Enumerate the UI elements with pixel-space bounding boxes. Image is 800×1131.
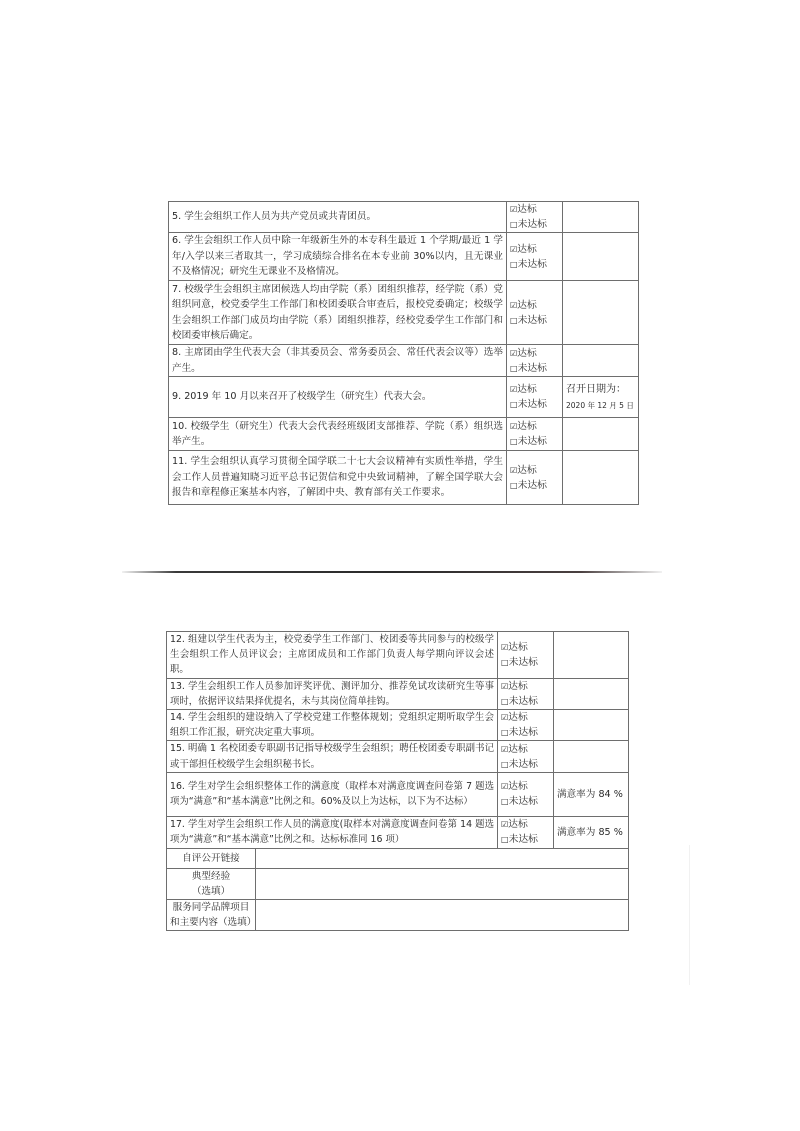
table-row: 16. 学生对学生会组织整体工作的满意度（取样本对满意度调查问卷第 7 题选项为…	[167, 772, 629, 816]
table-row: 6. 学生会组织工作人员中除一年级新生外的本专科生最近 1 个学期/最近 1 学…	[169, 233, 639, 281]
note-cell	[554, 678, 629, 709]
status-option-label: 达标	[508, 642, 528, 653]
status-option-label: 未达标	[518, 436, 547, 447]
unchecked-box-icon[interactable]: □	[510, 220, 518, 229]
status-option-not-met[interactable]: □未达标	[501, 832, 550, 847]
table-row: 9. 2019 年 10 月以来召开了校级学生（研究生）代表大会。☑达标□未达标…	[169, 377, 639, 418]
unchecked-box-icon[interactable]: □	[510, 260, 518, 269]
note-cell	[563, 345, 639, 377]
status-option-label: 未达标	[518, 399, 547, 410]
note-cell: 召开日期为：2020 年 12 月 5 日	[563, 377, 639, 418]
status-option-met[interactable]: ☑达标	[501, 710, 550, 725]
field-brand-project-input[interactable]	[256, 899, 629, 930]
requirement-text: 15. 明确 1 名校团委专职副书记指导校级学生会组织；聘任校团委专职副书记或干…	[167, 741, 498, 772]
field-public-link-label: 自评公开链接	[167, 848, 256, 868]
note-cell	[554, 710, 629, 741]
status-option-met[interactable]: ☑达标	[510, 346, 559, 361]
table-row: 17. 学生对学生会组织工作人员的满意度(取样本对满意度调查问卷第 14 题选项…	[167, 816, 629, 848]
status-cell: ☑达标□未达标	[507, 451, 563, 505]
unchecked-box-icon[interactable]: □	[501, 728, 509, 737]
satisfaction-rate-value: 85 %	[598, 827, 622, 838]
status-option-not-met[interactable]: □未达标	[510, 361, 559, 376]
status-option-label: 未达标	[518, 219, 547, 230]
requirement-text: 5. 学生会组织工作人员为共产党员或共青团员。	[169, 202, 507, 233]
table-row: 13. 学生会组织工作人员参加评奖评优、测评加分、推荐免试攻读研究生等事项时，依…	[167, 678, 629, 709]
satisfaction-rate-label: 满意率为	[557, 827, 598, 838]
status-option-met[interactable]: ☑达标	[501, 640, 550, 655]
evaluation-table-page1: 5. 学生会组织工作人员为共产党员或共青团员。☑达标□未达标6. 学生会组织工作…	[168, 201, 639, 505]
unchecked-box-icon[interactable]: □	[510, 437, 518, 446]
field-typical-experience-input[interactable]	[256, 868, 629, 899]
status-option-label: 达标	[508, 819, 528, 830]
status-option-label: 未达标	[509, 696, 538, 707]
unchecked-box-icon[interactable]: □	[510, 316, 518, 325]
scan-artifact	[689, 845, 690, 985]
table-row: 14. 学生会组织的建设纳入了学校党建工作整体规划；党组织定期听取学生会组织工作…	[167, 710, 629, 741]
status-cell: ☑达标□未达标	[498, 816, 554, 848]
status-option-met[interactable]: ☑达标	[510, 242, 559, 257]
status-option-met[interactable]: ☑达标	[510, 202, 559, 217]
table-row: 7. 校级学生会组织主席团候选人均由学院（系）团组织推荐，经学院（系）党组织同意…	[169, 281, 639, 345]
status-option-label: 达标	[508, 681, 528, 692]
unchecked-box-icon[interactable]: □	[501, 760, 509, 769]
requirement-text: 16. 学生对学生会组织整体工作的满意度（取样本对满意度调查问卷第 7 题选项为…	[167, 772, 498, 816]
evaluation-table-body: 5. 学生会组织工作人员为共产党员或共青团员。☑达标□未达标6. 学生会组织工作…	[169, 202, 639, 505]
status-cell: ☑达标□未达标	[507, 233, 563, 281]
unchecked-box-icon[interactable]: □	[501, 797, 509, 806]
status-option-label: 达标	[517, 384, 537, 395]
status-option-label: 未达标	[518, 259, 547, 270]
status-cell: ☑达标□未达标	[498, 710, 554, 741]
status-option-label: 未达标	[509, 657, 538, 668]
unchecked-box-icon[interactable]: □	[501, 658, 509, 667]
evaluation-table-body: 12. 组建以学生代表为主，校党委学生工作部门、校团委等共同参与的校级学生会组织…	[167, 632, 629, 931]
status-option-not-met[interactable]: □未达标	[501, 794, 550, 809]
status-option-label: 达标	[517, 244, 537, 255]
table-row: 12. 组建以学生代表为主，校党委学生工作部门、校团委等共同参与的校级学生会组织…	[167, 632, 629, 679]
status-option-label: 未达标	[509, 796, 538, 807]
unchecked-box-icon[interactable]: □	[501, 835, 509, 844]
requirement-text: 17. 学生对学生会组织工作人员的满意度(取样本对满意度调查问卷第 14 题选项…	[167, 816, 498, 848]
status-option-met[interactable]: ☑达标	[501, 742, 550, 757]
note-cell	[563, 233, 639, 281]
status-option-label: 达标	[517, 465, 537, 476]
requirement-text: 8. 主席团由学生代表大会（非其委员会、常务委员会、常任代表会议等）选举产生。	[169, 345, 507, 377]
status-option-label: 未达标	[518, 363, 547, 374]
status-option-not-met[interactable]: □未达标	[510, 257, 559, 272]
status-option-label: 达标	[517, 421, 537, 432]
table-row: 5. 学生会组织工作人员为共产党员或共青团员。☑达标□未达标	[169, 202, 639, 233]
table-row: 15. 明确 1 名校团委专职副书记指导校级学生会组织；聘任校团委专职副书记或干…	[167, 741, 629, 772]
requirement-text: 13. 学生会组织工作人员参加评奖评优、测评加分、推荐免试攻读研究生等事项时，依…	[167, 678, 498, 709]
status-option-label: 未达标	[518, 315, 547, 326]
status-option-label: 达标	[508, 781, 528, 792]
status-cell: ☑达标□未达标	[507, 202, 563, 233]
field-typical-experience-row: 典型经验（选填）	[167, 868, 629, 899]
requirement-text: 12. 组建以学生代表为主，校党委学生工作部门、校团委等共同参与的校级学生会组织…	[167, 632, 498, 679]
status-option-label: 达标	[508, 744, 528, 755]
evaluation-table-page2: 12. 组建以学生代表为主，校党委学生工作部门、校团委等共同参与的校级学生会组织…	[166, 631, 629, 931]
table-row: 10. 校级学生（研究生）代表大会代表经班级团支部推荐、学院（系）组织选举产生。…	[169, 418, 639, 451]
meeting-date-value: 2020 年 12 月 5 日	[566, 399, 635, 413]
status-option-met[interactable]: ☑达标	[510, 382, 559, 397]
requirement-text: 10. 校级学生（研究生）代表大会代表经班级团支部推荐、学院（系）组织选举产生。	[169, 418, 507, 451]
status-option-label: 未达标	[518, 480, 547, 491]
status-option-label: 达标	[517, 348, 537, 359]
note-cell	[563, 418, 639, 451]
requirement-text: 9. 2019 年 10 月以来召开了校级学生（研究生）代表大会。	[169, 377, 507, 418]
table-row: 11. 学生会组织认真学习贯彻全国学联二十七大会议精神有实质性举措，学生会工作人…	[169, 451, 639, 505]
status-cell: ☑达标□未达标	[507, 345, 563, 377]
status-option-met[interactable]: ☑达标	[501, 817, 550, 832]
unchecked-box-icon[interactable]: □	[510, 481, 518, 490]
status-option-not-met[interactable]: □未达标	[501, 655, 550, 670]
table-row: 8. 主席团由学生代表大会（非其委员会、常务委员会、常任代表会议等）选举产生。☑…	[169, 345, 639, 377]
status-option-met[interactable]: ☑达标	[501, 779, 550, 794]
status-cell: ☑达标□未达标	[507, 377, 563, 418]
satisfaction-rate-value: 84 %	[598, 789, 622, 800]
field-public-link-row: 自评公开链接	[167, 848, 629, 868]
status-option-not-met[interactable]: □未达标	[510, 478, 559, 493]
unchecked-box-icon[interactable]: □	[510, 364, 518, 373]
unchecked-box-icon[interactable]: □	[510, 400, 518, 409]
status-option-not-met[interactable]: □未达标	[510, 434, 559, 449]
status-option-met[interactable]: ☑达标	[501, 679, 550, 694]
status-option-met[interactable]: ☑达标	[510, 419, 559, 434]
status-option-label: 未达标	[509, 834, 538, 845]
page-break-divider	[122, 571, 662, 573]
requirement-text: 11. 学生会组织认真学习贯彻全国学联二十七大会议精神有实质性举措，学生会工作人…	[169, 451, 507, 505]
status-cell: ☑达标□未达标	[498, 678, 554, 709]
status-option-label: 未达标	[509, 727, 538, 738]
status-cell: ☑达标□未达标	[507, 281, 563, 345]
note-cell	[554, 741, 629, 772]
note-cell: 满意率为 84 %	[554, 772, 629, 816]
status-cell: ☑达标□未达标	[498, 772, 554, 816]
status-option-not-met[interactable]: □未达标	[501, 694, 550, 709]
status-option-not-met[interactable]: □未达标	[501, 725, 550, 740]
status-option-not-met[interactable]: □未达标	[510, 217, 559, 232]
requirement-text: 6. 学生会组织工作人员中除一年级新生外的本专科生最近 1 个学期/最近 1 学…	[169, 233, 507, 281]
meeting-date-label: 召开日期为：	[566, 381, 635, 399]
note-cell	[563, 451, 639, 505]
field-brand-project-label: 服务同学品牌项目和主要内容（选填）	[167, 899, 256, 930]
status-option-label: 达标	[517, 204, 537, 215]
requirement-text: 14. 学生会组织的建设纳入了学校党建工作整体规划；党组织定期听取学生会组织工作…	[167, 710, 498, 741]
status-option-label: 达标	[517, 300, 537, 311]
status-option-not-met[interactable]: □未达标	[510, 397, 559, 412]
note-cell	[554, 632, 629, 679]
status-cell: ☑达标□未达标	[498, 741, 554, 772]
status-option-met[interactable]: ☑达标	[510, 463, 559, 478]
field-public-link-input[interactable]	[256, 848, 629, 868]
status-cell: ☑达标□未达标	[507, 418, 563, 451]
note-cell	[563, 281, 639, 345]
note-cell: 满意率为 85 %	[554, 816, 629, 848]
field-brand-project-row: 服务同学品牌项目和主要内容（选填）	[167, 899, 629, 930]
field-typical-experience-label: 典型经验（选填）	[167, 868, 256, 899]
status-option-met[interactable]: ☑达标	[510, 298, 559, 313]
status-option-not-met[interactable]: □未达标	[501, 757, 550, 772]
unchecked-box-icon[interactable]: □	[501, 697, 509, 706]
satisfaction-rate-label: 满意率为	[557, 789, 598, 800]
requirement-text: 7. 校级学生会组织主席团候选人均由学院（系）团组织推荐，经学院（系）党组织同意…	[169, 281, 507, 345]
status-option-not-met[interactable]: □未达标	[510, 313, 559, 328]
status-option-label: 未达标	[509, 759, 538, 770]
status-option-label: 达标	[508, 712, 528, 723]
note-cell	[563, 202, 639, 233]
status-cell: ☑达标□未达标	[498, 632, 554, 679]
